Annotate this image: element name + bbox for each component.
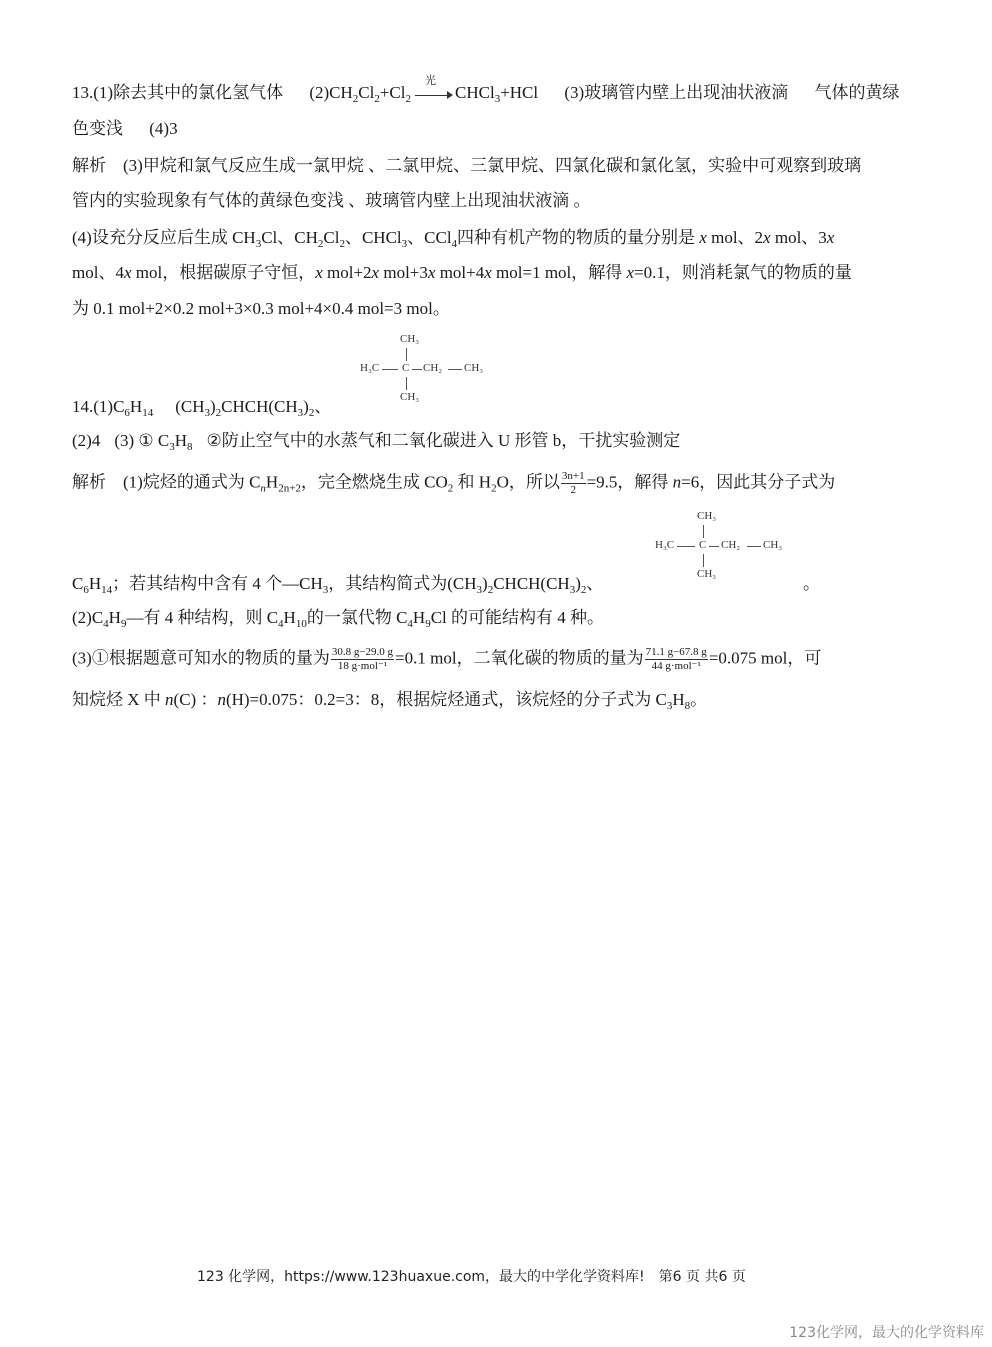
q14-analysis-line-5: 知烷烃 X 中 n(C) ：n(H)=0.075：0.2=3：8，根据烷烃通式，…: [72, 689, 707, 711]
fraction-co2: 71.1 g−67.8 g44 g·mol⁻¹: [645, 646, 708, 673]
q13-analysis-line-1: 解析 (3)甲烷和氯气反应生成一氯甲烷 、二氯甲烷、三氯甲烷、四氯化碳和氯化氢，…: [72, 155, 861, 177]
q13-analysis-4-line-2: mol、4x mol，根据碳原子守恒，x mol+2x mol+3x mol+4…: [72, 262, 852, 284]
q13-answer-3b: 气体的黄绿: [814, 83, 899, 102]
watermark: 123化学网，最大的化学资料库: [789, 1322, 984, 1342]
q13-answer-line-1: 13.(1)除去其中的氯化氢气体 (2)CH2Cl2+Cl2光CHCl3+HCl…: [72, 82, 899, 104]
q13-answer-4: (4)3: [149, 119, 177, 138]
q13-answer-2-equation: (2)CH2Cl2+Cl2光CHCl3+HCl: [309, 83, 538, 102]
q13-answer-1: 13.(1)除去其中的氯化氢气体: [72, 83, 283, 102]
q14-answer-line-1: 14.(1)C6H14(CH3)2CHCH(CH3)2、: [72, 396, 331, 418]
q13-analysis-4-line-1: (4)设充分反应后生成 CH3Cl、CH2Cl2、CHCl3、CCl4四种有机产…: [72, 227, 834, 249]
q13-analysis-line-2: 管内的实验现象有气体的黄绿色变浅 、玻璃管内壁上出现油状液滴 。: [72, 190, 591, 212]
q13-analysis-4-line-3: 为 0.1 mol+2×0.2 mol+3×0.3 mol+4×0.4 mol=…: [72, 298, 450, 320]
q13-answer-3c: 色变浅: [72, 119, 123, 138]
fraction-water: 30.8 g−29.0 g18 g·mol⁻¹: [331, 646, 394, 673]
fraction: 3n+12: [561, 470, 586, 497]
q14-analysis-line-1: 解析 (1)烷烃的通式为 CnH2n+2，完全燃烧生成 CO2 和 H2O，所以…: [72, 470, 835, 497]
reaction-arrow-icon: 光: [413, 86, 453, 98]
q13-answer-3: (3)玻璃管内壁上出现油状液滴: [564, 83, 788, 102]
q13-answer-line-2: 色变浅 (4)3: [72, 118, 178, 140]
page-footer: 123 化学网，https://www.123huaxue.com，最大的中学化…: [197, 1266, 746, 1286]
q14-analysis-line-2-end: 。: [803, 573, 820, 595]
q14-analysis-line-2: C6H14；若其结构中含有 4 个—CH3，其结构简式为(CH3)2CHCH(C…: [72, 573, 603, 595]
structural-formula-1: CH₃ H₃C C CH₂ CH₃ CH₃: [360, 333, 500, 413]
q14-analysis-line-3: (2)C4H9—有 4 种结构，则 C4H10的一氯代物 C4H9Cl 的可能结…: [72, 607, 604, 629]
structural-formula-2: CH₃ H₃C C CH₂ CH₃ CH₃: [655, 510, 795, 590]
q14-analysis-line-4: (3)①根据题意可知水的物质的量为30.8 g−29.0 g18 g·mol⁻¹…: [72, 646, 821, 673]
q14-answer-line-2: (2)4(3) ① C3H8②防止空气中的水蒸气和二氧化碳进入 U 形管 b，干…: [72, 430, 680, 452]
